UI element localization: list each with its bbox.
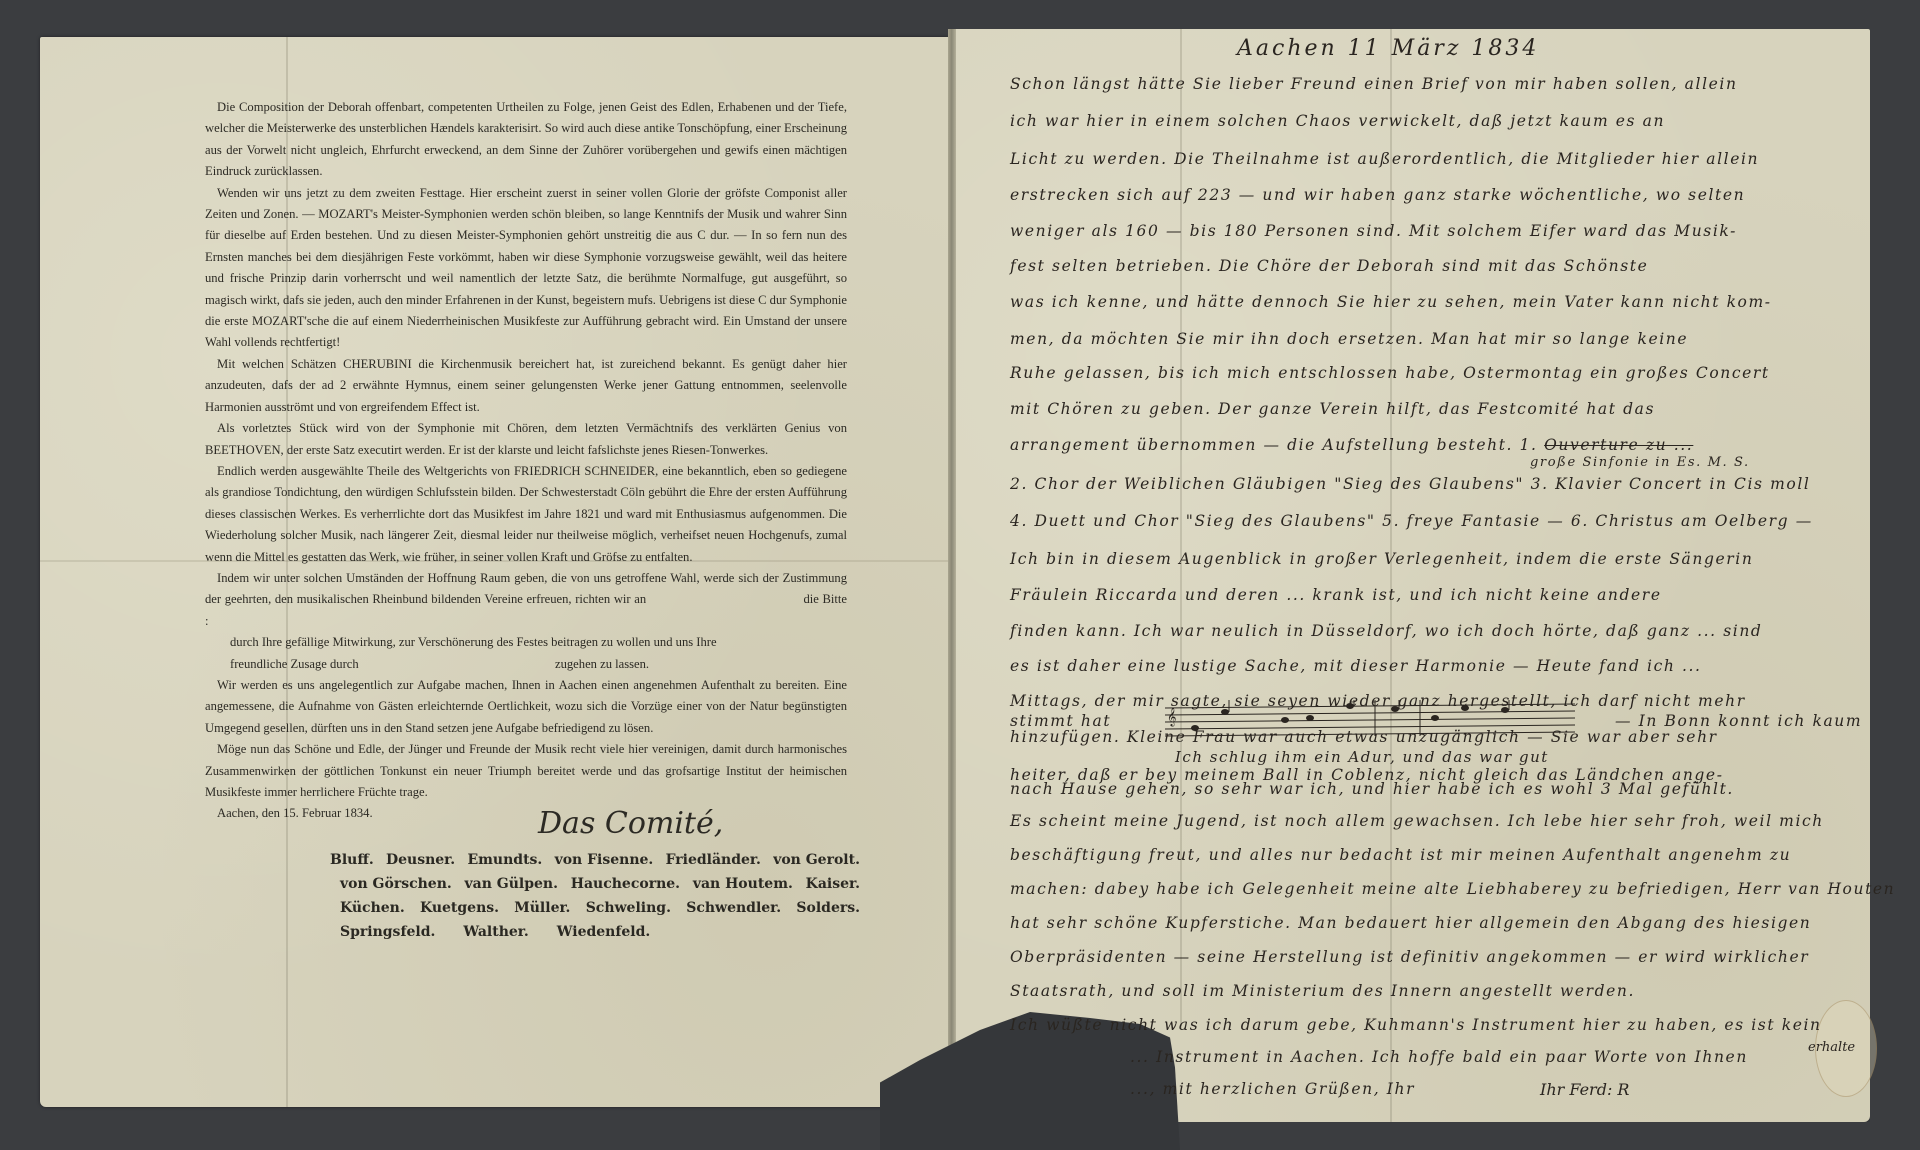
handwritten-text: arrangement übernommen — die Aufstellung… bbox=[1010, 436, 1538, 454]
paragraph: Mit welchen Schätzen CHERUBINI die Kirch… bbox=[205, 354, 847, 418]
member-name: von Gerolt. bbox=[773, 848, 860, 872]
handwritten-line: Ich wüßte nicht was ich darum gebe, Kuhm… bbox=[1010, 1016, 1822, 1034]
member-name: von Görschen. bbox=[340, 872, 452, 896]
handwritten-line: es ist daher eine lustige Sache, mit die… bbox=[1010, 657, 1702, 675]
handwritten-line: Fräulein Riccarda und deren ... krank is… bbox=[1010, 586, 1662, 604]
member-name: von Fisenne. bbox=[555, 848, 654, 872]
committee-names: Bluff. Deusner. Emundts. von Fisenne. Fr… bbox=[330, 848, 860, 944]
paragraph: Indem wir unter solchen Umständen der Ho… bbox=[205, 568, 847, 632]
handwritten-line: beschäftigung freut, und alles nur bedac… bbox=[1010, 846, 1791, 864]
member-name: Walther. bbox=[463, 920, 528, 944]
handwritten-line: ..., mit herzlichen Grüßen, Ihr bbox=[1130, 1080, 1415, 1098]
handwritten-line: was ich kenne, und hätte dennoch Sie hie… bbox=[1010, 293, 1772, 311]
letter-dateline: Aachen 11 März 1834 bbox=[1237, 36, 1539, 61]
staff-caption: Ich schlug ihm ein Adur, und das war gut bbox=[1175, 748, 1549, 766]
committee-signature: Das Comité, bbox=[538, 806, 723, 841]
handwritten-line: fest selten betrieben. Die Chöre der Deb… bbox=[1010, 257, 1648, 275]
names-row: Bluff. Deusner. Emundts. von Fisenne. Fr… bbox=[330, 848, 860, 872]
handwritten-line: 4. Duett und Chor "Sieg des Glaubens" 5.… bbox=[1010, 512, 1813, 530]
handwritten-line: 2. Chor der Weiblichen Gläubigen "Sieg d… bbox=[1010, 475, 1810, 493]
paragraph: Wir werden es uns angelegentlich zur Auf… bbox=[205, 675, 847, 739]
interlinear-insertion: große Sinfonie in Es. M. S. bbox=[1530, 455, 1750, 470]
handwritten-line: Schon längst hätte Sie lieber Freund ein… bbox=[1010, 75, 1738, 93]
member-name: Küchen. bbox=[340, 896, 405, 920]
handwritten-line: weniger als 160 — bis 180 Personen sind.… bbox=[1010, 222, 1737, 240]
margin-note: erhalte bbox=[1808, 1040, 1855, 1055]
music-staff-notation: 𝄞 bbox=[1165, 700, 1575, 740]
handwritten-line: mit Chören zu geben. Der ganze Verein hi… bbox=[1010, 400, 1655, 418]
member-name: Emundts. bbox=[467, 848, 542, 872]
struck-out-text: Ouverture zu ... bbox=[1544, 436, 1693, 454]
handwritten-line: nach Hause gehen, so sehr war ich, und h… bbox=[1010, 780, 1734, 798]
handwritten-line: ... Instrument in Aachen. Ich hoffe bald… bbox=[1130, 1048, 1748, 1066]
paragraph: Endlich werden ausgewählte Theile des We… bbox=[205, 461, 847, 568]
printed-text-block: Die Composition der Deborah offenbart, c… bbox=[205, 97, 847, 825]
paragraph: durch Ihre gefällige Mitwirkung, zur Ver… bbox=[205, 632, 847, 653]
handwritten-line: men, da möchten Sie mir ihn doch ersetze… bbox=[1010, 330, 1688, 348]
handwritten-line: — In Bonn konnt ich kaum bbox=[1615, 712, 1862, 730]
closing-signature: Ihr Ferd: R bbox=[1540, 1080, 1629, 1099]
paragraph-text: freundliche Zusage durch bbox=[230, 657, 359, 671]
member-name: Deusner. bbox=[386, 848, 455, 872]
handwritten-line: erstrecken sich auf 223 — und wir haben … bbox=[1010, 186, 1745, 204]
handwritten-line: machen: dabey habe ich Gelegenheit meine… bbox=[1010, 880, 1895, 898]
handwritten-line: Ich bin in diesem Augenblick in großer V… bbox=[1010, 550, 1753, 568]
paragraph: Die Composition der Deborah offenbart, c… bbox=[205, 97, 847, 183]
handwritten-line: Es scheint meine Jugend, ist noch allem … bbox=[1010, 812, 1824, 830]
member-name: Hauchecorne. bbox=[571, 872, 680, 896]
paragraph: Als vorletztes Stück wird von der Sympho… bbox=[205, 418, 847, 461]
member-name: Wiedenfeld. bbox=[557, 920, 651, 944]
paragraph: freundliche Zusage durch zugehen zu lass… bbox=[205, 654, 847, 675]
handwritten-line: Staatsrath, und soll im Ministerium des … bbox=[1010, 982, 1635, 1000]
member-name: Kuetgens. bbox=[420, 896, 499, 920]
paragraph: Möge nun das Schöne und Edle, der Jünger… bbox=[205, 739, 847, 803]
member-name: Springsfeld. bbox=[340, 920, 435, 944]
paragraph-text: Indem wir unter solchen Umständen der Ho… bbox=[205, 571, 847, 606]
member-name: Friedländer. bbox=[666, 848, 761, 872]
member-name: Kaiser. bbox=[806, 872, 860, 896]
member-name: Bluff. bbox=[330, 848, 374, 872]
paragraph-text: zugehen zu lassen. bbox=[555, 657, 649, 671]
handwritten-line: stimmt hat bbox=[1010, 712, 1111, 730]
names-row: Springsfeld. Walther. Wiedenfeld. bbox=[330, 920, 860, 944]
names-row: Küchen. Kuetgens. Müller. Schweling. Sch… bbox=[330, 896, 860, 920]
handwritten-line: ich war hier in einem solchen Chaos verw… bbox=[1010, 112, 1665, 130]
handwritten-line: finden kann. Ich war neulich in Düsseldo… bbox=[1010, 622, 1762, 640]
handwritten-line: Oberpräsidenten — seine Herstellung ist … bbox=[1010, 948, 1809, 966]
names-row: von Görschen. van Gülpen. Hauchecorne. v… bbox=[330, 872, 860, 896]
member-name: Schwendler. bbox=[686, 896, 781, 920]
member-name: Schweling. bbox=[586, 896, 671, 920]
svg-text:𝄞: 𝄞 bbox=[1167, 707, 1176, 727]
handwritten-line: Ruhe gelassen, bis ich mich entschlossen… bbox=[1010, 364, 1770, 382]
page-fold-gutter bbox=[948, 29, 956, 1122]
member-name: van Gülpen. bbox=[465, 872, 558, 896]
handwritten-line: Licht zu werden. Die Theilnahme ist auße… bbox=[1010, 150, 1759, 168]
handwritten-line: arrangement übernommen — die Aufstellung… bbox=[1010, 436, 1693, 454]
member-name: van Houtem. bbox=[693, 872, 793, 896]
handwritten-line: hat sehr schöne Kupferstiche. Man bedaue… bbox=[1010, 914, 1811, 932]
paragraph: Wenden wir uns jetzt zu dem zweiten Fest… bbox=[205, 183, 847, 354]
date-line: Aachen, den 15. Februar 1834. bbox=[205, 803, 847, 824]
member-name: Solders. bbox=[796, 896, 860, 920]
member-name: Müller. bbox=[514, 896, 570, 920]
